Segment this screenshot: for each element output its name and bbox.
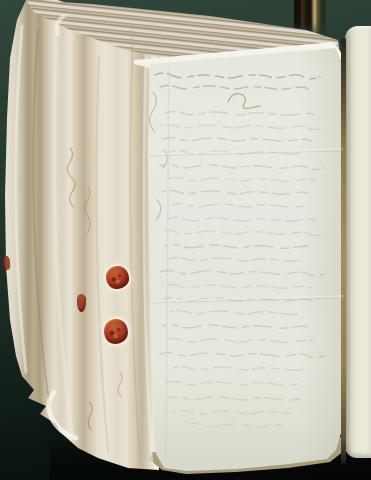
top-margin-script	[155, 73, 320, 109]
crease-lines	[150, 42, 350, 460]
ink-bleed-lines	[160, 112, 326, 428]
layer-streaks	[16, 16, 152, 462]
manuscript-photograph	[0, 0, 371, 480]
paper-texture-overlay	[0, 0, 371, 480]
edge-annotations	[67, 92, 167, 430]
wax-seal-upper	[106, 266, 129, 289]
